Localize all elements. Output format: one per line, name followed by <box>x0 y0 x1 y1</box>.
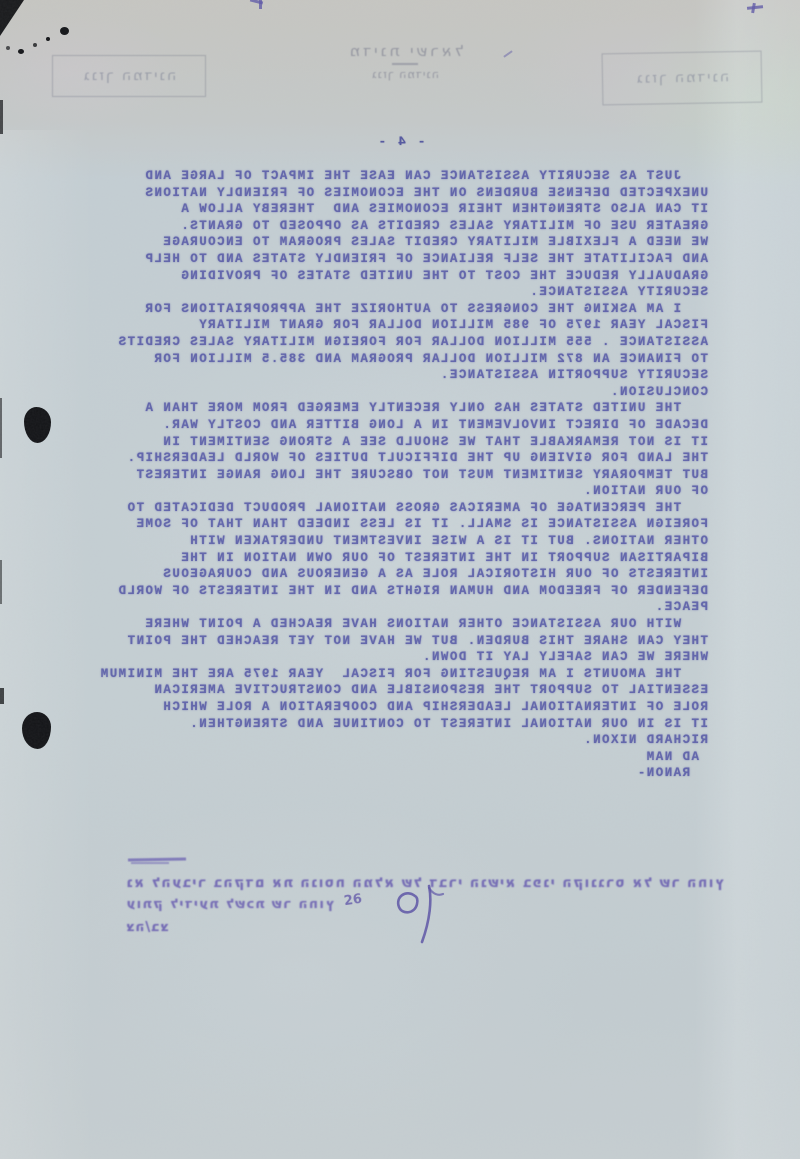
ink-dot <box>6 46 10 50</box>
archive-stamp-top-left: גנזך המדינה <box>52 55 206 97</box>
scan-edge-mark <box>0 100 3 134</box>
ink-dot <box>60 27 69 35</box>
typewritten-body-text: JUST AS SECURITY ASSISTANCE CAN EASE THE… <box>96 168 708 782</box>
archive-stamp-line2: גנזך המדינה <box>320 68 490 81</box>
handwritten-flourish-mark <box>385 882 449 948</box>
archive-stamp-text: גנזך המדינה <box>82 68 176 84</box>
archive-stamp-top-right: גנזך המדינה <box>602 51 763 106</box>
archive-stamp-center: מדינת ישראל גנזך המדינה <box>320 42 490 81</box>
scan-edge-mark <box>0 398 2 458</box>
pen-underline-mark <box>131 862 169 864</box>
stamp-divider <box>392 63 418 65</box>
scanned-document-page: גנזך המדינה מדינת ישראל גנזך המדינה גנזך… <box>0 0 800 1159</box>
corner-fold-mark <box>0 0 24 36</box>
scan-edge-mark <box>0 560 2 604</box>
pen-underline-mark <box>128 857 186 861</box>
ink-dot <box>18 49 24 54</box>
archive-stamp-line1: מדינת ישראל <box>320 42 490 60</box>
page-number: - 4 - <box>356 134 446 149</box>
scan-light-strip <box>695 0 800 1159</box>
archive-stamp-text: גנזך המדינה <box>635 69 730 87</box>
scan-margin-strip <box>0 130 92 1159</box>
ink-dot <box>46 37 50 41</box>
pen-stray-mark <box>259 0 262 9</box>
handwritten-small-mark: 26 <box>343 892 363 909</box>
ink-dot <box>33 43 37 47</box>
scan-edge-mark <box>0 688 4 704</box>
